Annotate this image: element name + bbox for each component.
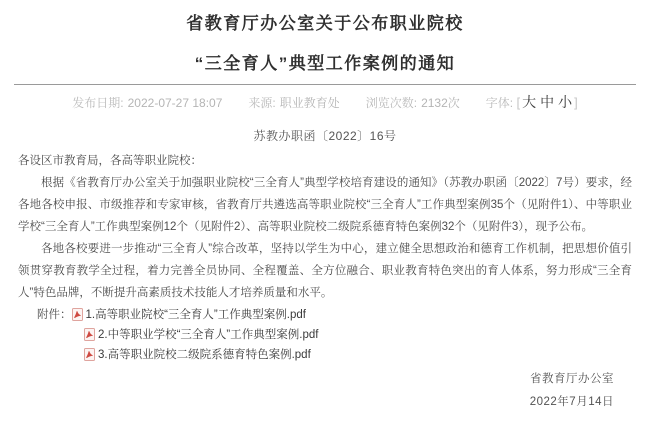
attachment-filename: 1.高等职业院校“三全育人”工作典型案例.pdf <box>86 306 306 322</box>
font-size-medium-button[interactable]: 中 <box>540 94 554 110</box>
attachment-filename: 2.中等职业学校“三全育人”工作典型案例.pdf <box>98 326 318 342</box>
bracket-close: ] <box>574 95 578 110</box>
title-divider <box>14 84 636 85</box>
view-count-value: 2132次 <box>421 96 460 110</box>
title-line-1: 省教育厅办公室关于公布职业院校 <box>0 4 650 44</box>
publish-date: 发布日期:2022-07-27 18:07 <box>72 95 222 112</box>
font-size-large-button[interactable]: 大 <box>522 94 536 110</box>
attachment-row: 附件： 1.高等职业院校“三全育人”工作典型案例.pdf <box>18 304 632 324</box>
notice-body: 各设区市教育局，各高等职业院校： 根据《省教育厅办公室关于加强职业院校“三全育人… <box>0 150 650 304</box>
attachment-link-3[interactable]: 3.高等职业院校二级院系德育特色案例.pdf <box>84 346 311 362</box>
paragraph-1: 根据《省教育厅办公室关于加强职业院校“三全育人”典型学校培育建设的通知》（苏教办… <box>18 172 632 238</box>
meta-row: 发布日期:2022-07-27 18:07来源:职业教育处浏览次数:2132次字… <box>0 94 650 112</box>
view-count-label: 浏览次数: <box>366 96 417 110</box>
pdf-file-icon <box>84 348 95 361</box>
source: 来源:职业教育处 <box>248 95 339 112</box>
notice-page: 省教育厅办公室关于公布职业院校 “三全育人”典型工作案例的通知 发布日期:202… <box>0 0 650 421</box>
attachment-link-2[interactable]: 2.中等职业学校“三全育人”工作典型案例.pdf <box>84 326 318 342</box>
paragraph-2: 各地各校要进一步推动“三全育人”综合改革，坚持以学生为中心，建立健全思想政治和德… <box>18 238 632 304</box>
pdf-file-icon <box>84 328 95 341</box>
view-count: 浏览次数:2132次 <box>366 95 460 112</box>
source-value: 职业教育处 <box>280 96 340 110</box>
source-label: 来源: <box>248 96 275 110</box>
title-line-2: “三全育人”典型工作案例的通知 <box>0 44 650 84</box>
bracket-open: [ <box>516 95 520 110</box>
attachments-section: 附件： 1.高等职业院校“三全育人”工作典型案例.pdf 2.中等职业学校“三全… <box>0 304 650 364</box>
salutation: 各设区市教育局，各高等职业院校： <box>18 150 632 172</box>
signature-block: 省教育厅办公室 2022年7月14日 <box>0 368 650 414</box>
pdf-file-icon <box>72 308 83 321</box>
publish-date-label: 发布日期: <box>72 96 123 110</box>
signature-org: 省教育厅办公室 <box>0 368 614 391</box>
font-size-selector: 字体: [大中小] <box>486 94 578 112</box>
document-number: 苏教办职函〔2022〕16号 <box>0 128 650 144</box>
signature-date: 2022年7月14日 <box>0 391 614 414</box>
publish-date-value: 2022-07-27 18:07 <box>128 96 223 110</box>
attachment-row: 3.高等职业院校二级院系德育特色案例.pdf <box>18 344 632 364</box>
attachment-link-1[interactable]: 1.高等职业院校“三全育人”工作典型案例.pdf <box>72 306 306 322</box>
attachment-row: 2.中等职业学校“三全育人”工作典型案例.pdf <box>18 324 632 344</box>
attachments-label: 附件： <box>37 306 72 322</box>
font-size-label: 字体: <box>486 96 513 110</box>
font-size-small-button[interactable]: 小 <box>558 94 572 110</box>
attachment-filename: 3.高等职业院校二级院系德育特色案例.pdf <box>98 346 311 362</box>
page-title: 省教育厅办公室关于公布职业院校 “三全育人”典型工作案例的通知 <box>0 0 650 84</box>
